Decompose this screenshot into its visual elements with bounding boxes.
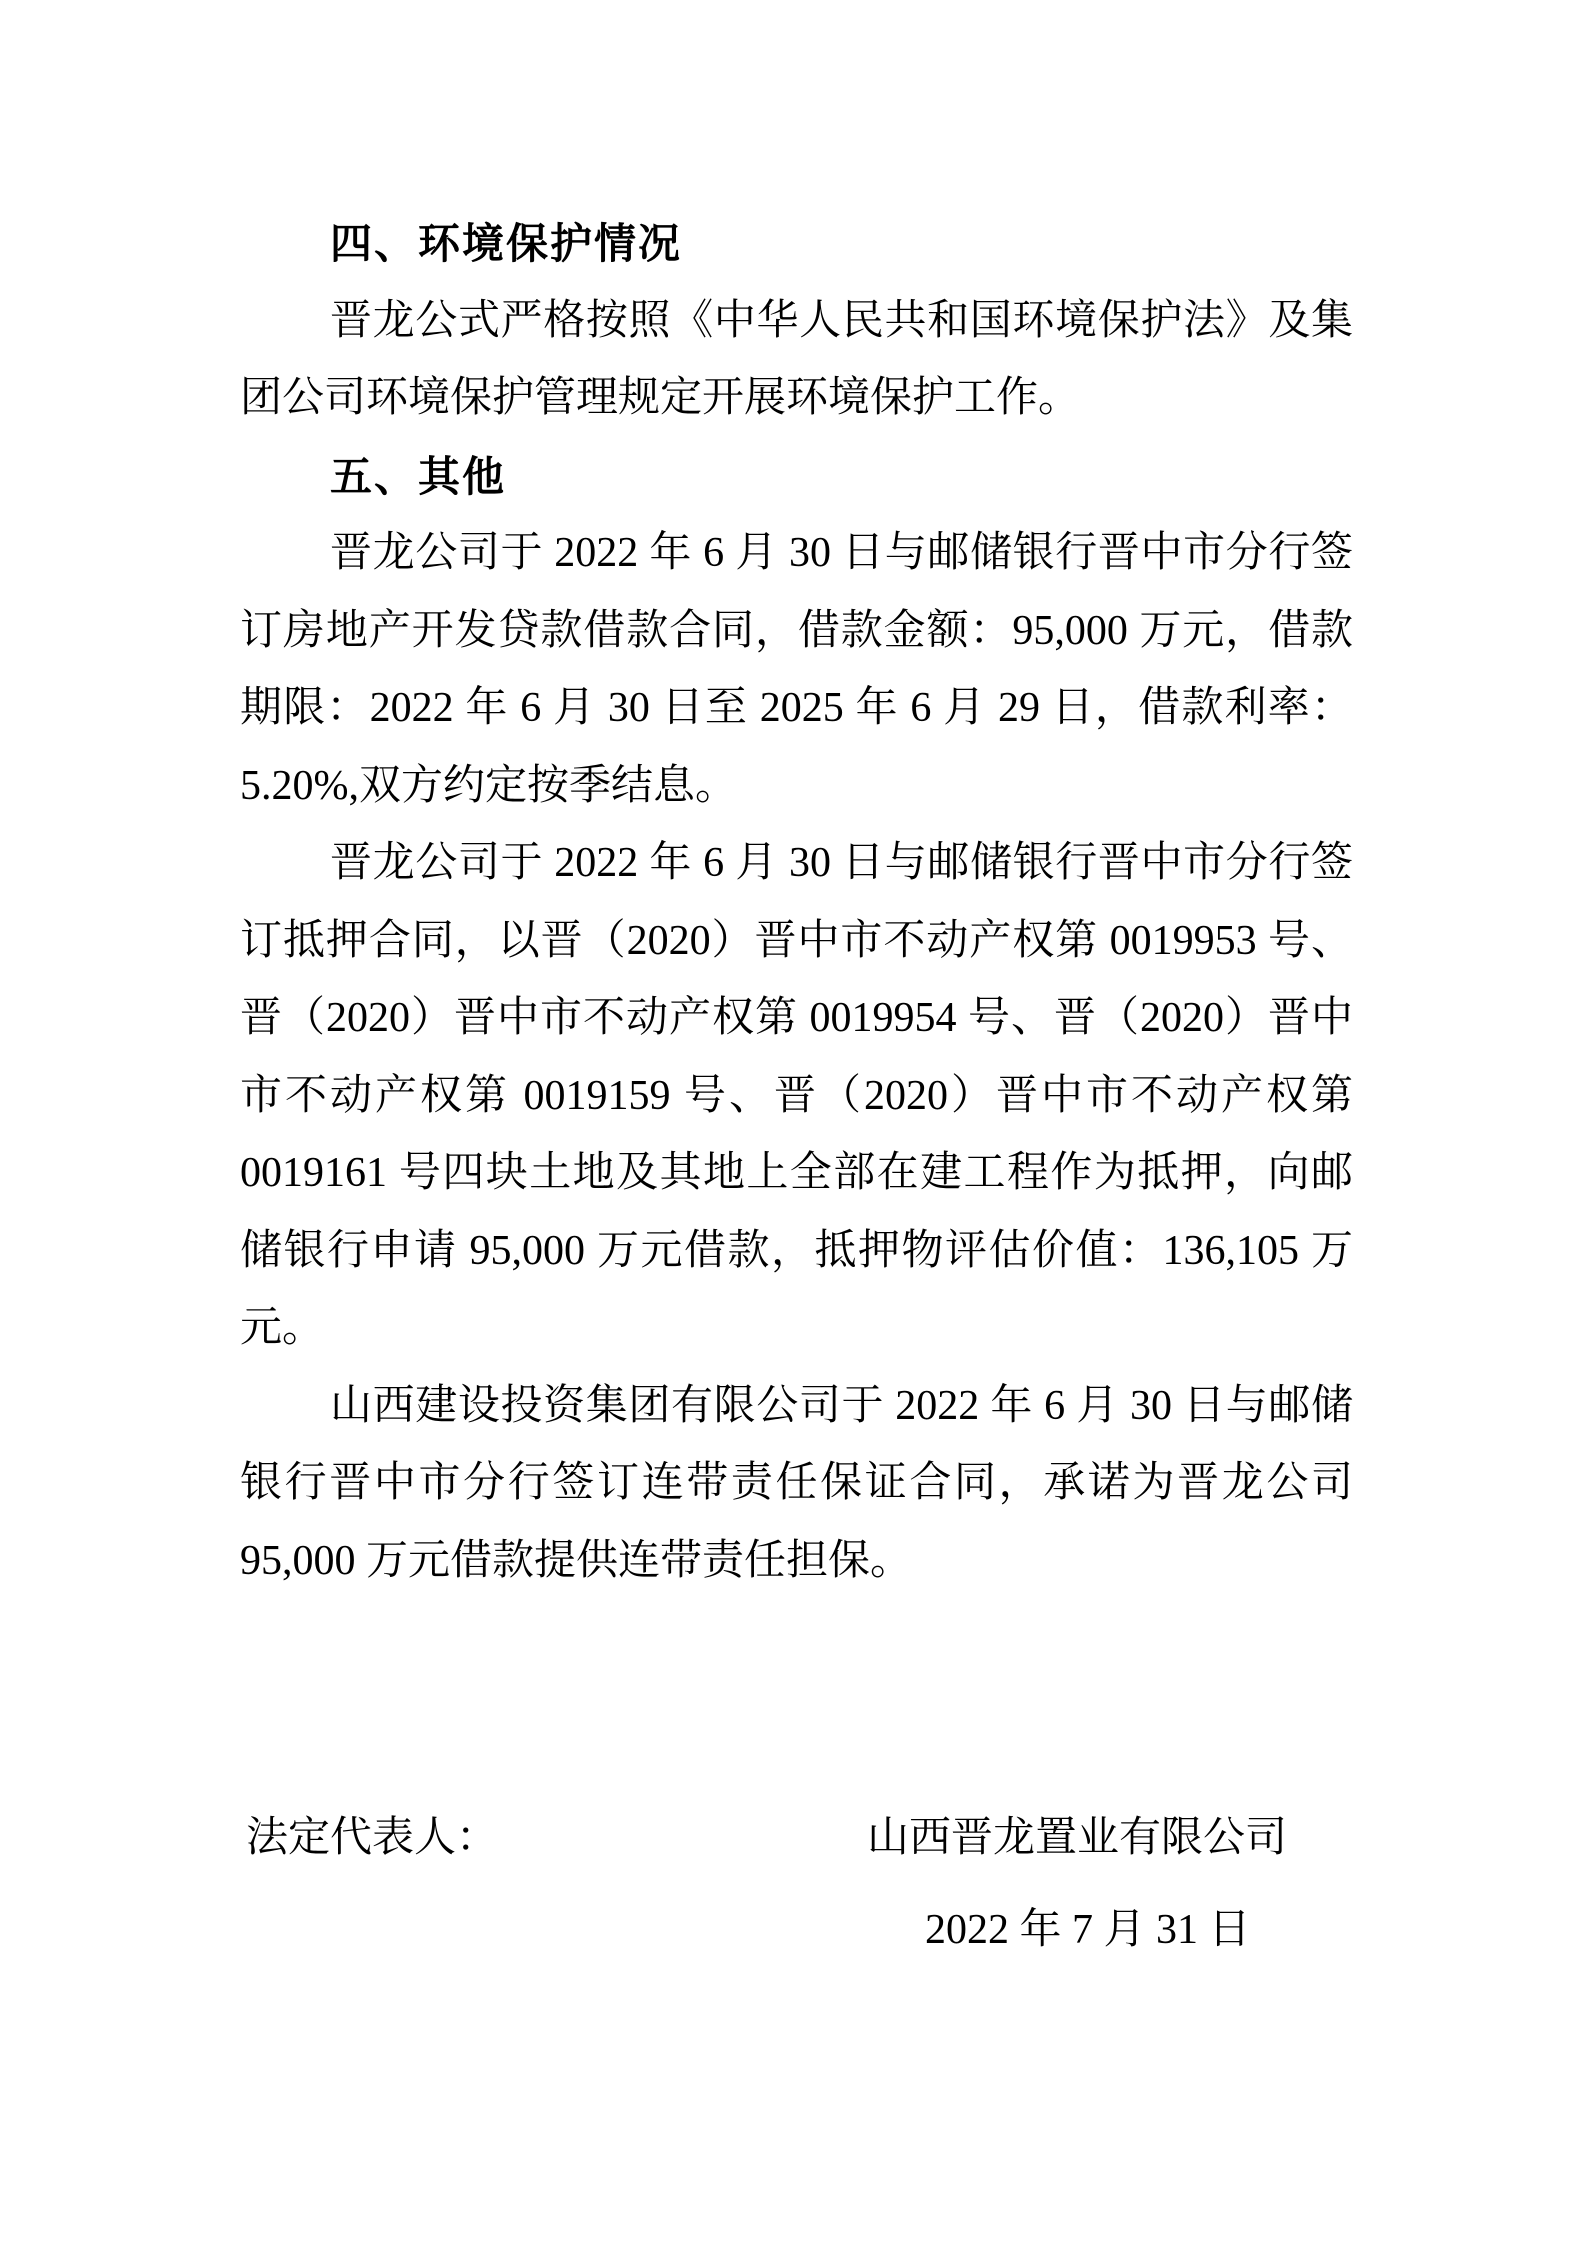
legal-representative-label: 法定代表人：	[246, 1800, 498, 1878]
section5-paragraph1-line: 期限：2022 年 6 月 30 日至 2025 年 6 月 29 日，借款利率…	[240, 670, 1353, 748]
section5-paragraph1-line: 5.20%,双方约定按季结息。	[240, 748, 1353, 826]
section4-paragraph-line: 晋龙公式严格按照《中华人民共和国环境保护法》及集	[240, 283, 1353, 361]
section5-paragraph1-line: 订房地产开发贷款借款合同，借款金额：95,000 万元，借款	[240, 593, 1353, 671]
company-name: 山西晋龙置业有限公司	[867, 1800, 1287, 1878]
document-body: 四、环境保护情况 晋龙公式严格按照《中华人民共和国环境保护法》及集 团公司环境保…	[240, 205, 1353, 1969]
section5-paragraph3-line: 山西建设投资集团有限公司于 2022 年 6 月 30 日与邮储	[240, 1368, 1353, 1446]
section5-paragraph2-line: 元。	[240, 1290, 1353, 1368]
section5-paragraph2-line: 0019161 号四块土地及其地上全部在建工程作为抵押，向邮	[240, 1135, 1353, 1213]
section5-paragraph2-line: 储银行申请 95,000 万元借款，抵押物评估价值：136,105 万	[240, 1213, 1353, 1291]
signature-date: 2022 年 7 月 31 日	[240, 1892, 1353, 1970]
section5-paragraph2-line: 晋（2020）晋中市不动产权第 0019954 号、晋（2020）晋中	[240, 980, 1353, 1058]
section5-paragraph2-line: 市不动产权第 0019159 号、晋（2020）晋中市不动产权第	[240, 1058, 1353, 1136]
section5-paragraph2-line: 晋龙公司于 2022 年 6 月 30 日与邮储银行晋中市分行签	[240, 825, 1353, 903]
section5-paragraph3-line: 银行晋中市分行签订连带责任保证合同，承诺为晋龙公司	[240, 1445, 1353, 1523]
signature-gap	[240, 1600, 1353, 1800]
signature-row: 法定代表人： 山西晋龙置业有限公司	[240, 1800, 1353, 1878]
section5-paragraph2-line: 订抵押合同，以晋（2020）晋中市不动产权第 0019953 号、	[240, 903, 1353, 981]
section4-paragraph-line: 团公司环境保护管理规定开展环境保护工作。	[240, 360, 1353, 438]
document-page: 四、环境保护情况 晋龙公式严格按照《中华人民共和国环境保护法》及集 团公司环境保…	[0, 0, 1587, 2245]
section5-heading: 五、其他	[240, 438, 1353, 516]
section5-paragraph1-line: 晋龙公司于 2022 年 6 月 30 日与邮储银行晋中市分行签	[240, 515, 1353, 593]
section4-heading: 四、环境保护情况	[240, 205, 1353, 283]
section5-paragraph3-line: 95,000 万元借款提供连带责任担保。	[240, 1523, 1353, 1601]
